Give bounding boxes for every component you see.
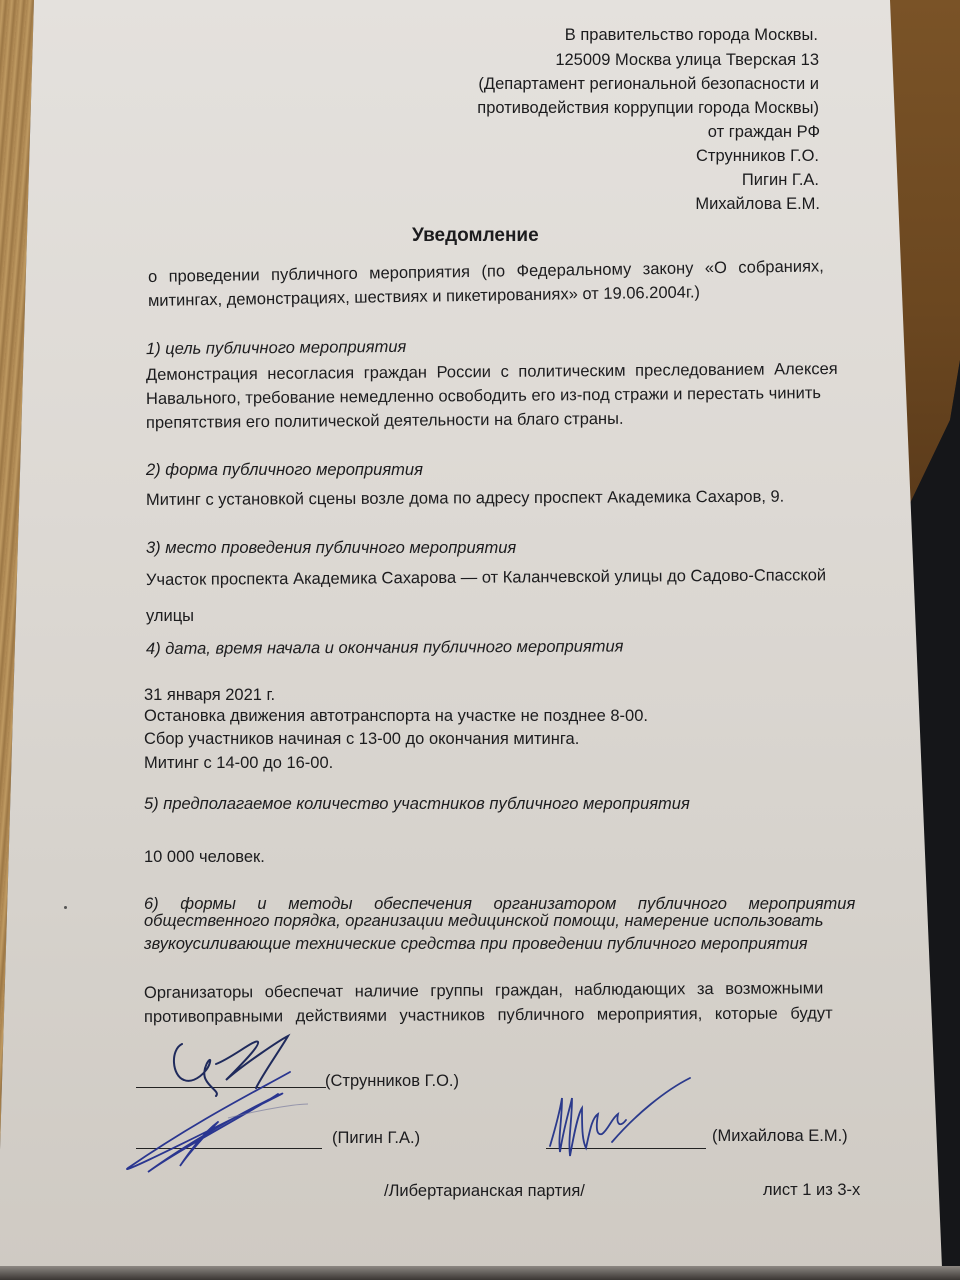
- section-1-body: Навального, требование немедленно освобо…: [146, 384, 821, 409]
- sender-label: от граждан РФ: [708, 123, 820, 142]
- document-title: Уведомление: [412, 225, 539, 247]
- handwritten-signature-pigin: [118, 1070, 318, 1180]
- section-3-body: улицы: [146, 607, 194, 626]
- section-2-body: Митинг с установкой сцены возле дома по …: [146, 488, 784, 510]
- signatory-strunnikov: (Струнников Г.О.): [325, 1072, 459, 1091]
- intro-word: мероприятия: [369, 263, 470, 284]
- section-6-body: Организаторы обеспечат наличие группы гр…: [144, 979, 823, 1003]
- paper-speck: [64, 906, 67, 909]
- intro-word: собраниях,: [738, 257, 824, 277]
- intro-word: проведении: [168, 266, 259, 286]
- section-2-heading: 2) форма публичного мероприятия: [146, 461, 423, 480]
- page-counter: лист 1 из 3-х: [763, 1181, 860, 1200]
- participant-count: 10 000 человек.: [144, 848, 265, 867]
- sender-name: Михайлова Е.М.: [695, 195, 820, 214]
- intro-word: публичного: [271, 265, 358, 285]
- intro-line-1: о проведении публичного мероприятия (по …: [148, 257, 824, 287]
- section-6-body: противоправными действиями участников пу…: [144, 1004, 833, 1027]
- handwritten-signature-mikhailova: [546, 1074, 696, 1164]
- section-6-heading: звукоусиливающие технические средства пр…: [144, 935, 808, 954]
- section-6-heading: общественного порядка, организации медиц…: [144, 912, 823, 931]
- recipient-address: 125009 Москва улица Тверская 13: [555, 51, 819, 70]
- intro-line-2: митингах, демонстрациях, шествиях и пике…: [148, 283, 700, 311]
- section-3-body: Участок проспекта Академика Сахарова — о…: [146, 566, 826, 590]
- signatory-mikhailova: (Михайлова Е.М.): [712, 1127, 848, 1146]
- section-1-body: Демонстрация несогласия граждан России с…: [146, 360, 838, 385]
- sender-name: Струнников Г.О.: [696, 147, 819, 166]
- recipient-line: (Департамент региональной безопасности и: [478, 75, 819, 94]
- event-time-line: Митинг с 14-00 до 16-00.: [144, 754, 333, 773]
- recipient-line: противодействия коррупции города Москвы): [477, 99, 819, 118]
- sender-name: Пигин Г.А.: [742, 171, 819, 190]
- notification-document: В правительство города Москвы. 125009 Мо…: [0, 0, 960, 1280]
- intro-word: Федеральному: [516, 260, 631, 281]
- section-1-heading: 1) цель публичного мероприятия: [146, 338, 406, 359]
- intro-word: (по: [481, 262, 505, 281]
- event-date: 31 января 2021 г.: [144, 686, 275, 705]
- intro-word: о: [148, 268, 157, 287]
- section-5-heading: 5) предполагаемое количество участников …: [144, 795, 690, 814]
- event-time-line: Сбор участников начиная с 13-00 до оконч…: [144, 730, 579, 749]
- intro-word: «О: [705, 259, 727, 278]
- intro-word: закону: [643, 259, 694, 279]
- section-4-heading: 4) дата, время начала и окончания публич…: [146, 638, 624, 659]
- event-time-line: Остановка движения автотранспорта на уча…: [144, 707, 648, 726]
- section-1-body: препятствия его политической деятельност…: [146, 410, 624, 433]
- party-name: /Либертарианская партия/: [384, 1182, 585, 1201]
- signatory-pigin: (Пигин Г.А.): [332, 1129, 420, 1148]
- section-3-heading: 3) место проведения публичного мероприят…: [146, 539, 516, 558]
- recipient-line: В правительство города Москвы.: [565, 26, 818, 45]
